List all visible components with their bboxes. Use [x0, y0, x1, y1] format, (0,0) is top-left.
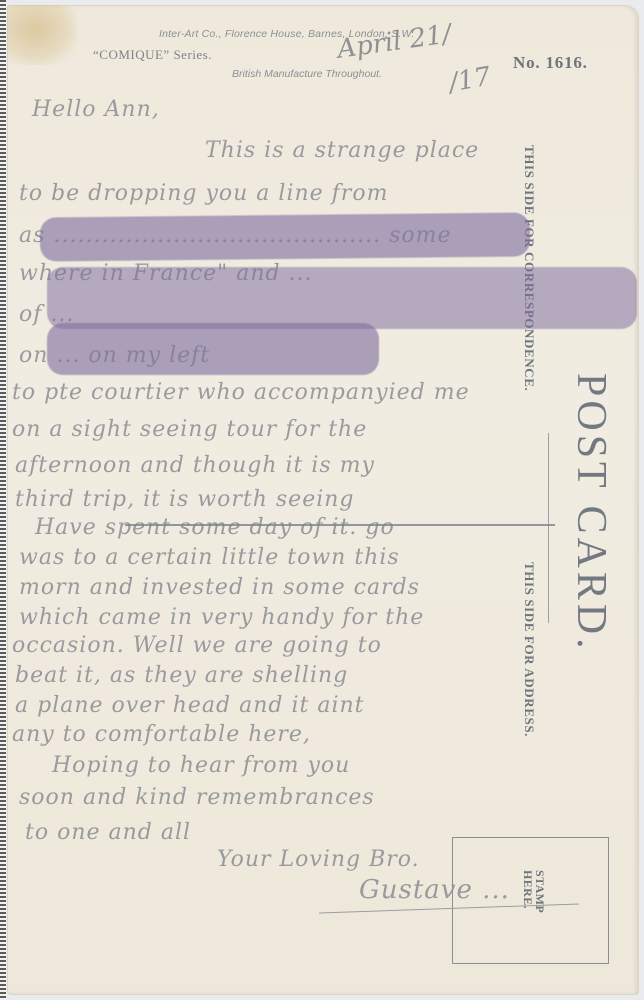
redaction-scribble — [47, 267, 637, 329]
message-line: to be dropping you a line from — [19, 181, 388, 206]
manufacture-line: British Manufacture Throughout. — [232, 68, 382, 80]
message-line: third trip, it is worth seeing — [15, 487, 355, 512]
message-line: beat it, as they are shelling — [15, 663, 348, 688]
message-line: Have spent some day of it. go — [35, 515, 395, 540]
handwritten-date: April 21/ — [335, 19, 453, 65]
post-card-title: POST CARD. — [567, 373, 615, 653]
message-line: Hoping to hear from you — [52, 753, 350, 778]
message-line: Hello Ann, — [32, 97, 160, 122]
signature: Gustave ... — [359, 875, 510, 905]
message-line: This is a strange place — [205, 138, 479, 163]
message-line: occasion. Well we are going to — [12, 633, 382, 658]
redaction-scribble — [40, 212, 530, 261]
message-line: which came in very handy for the — [19, 605, 424, 630]
message-line: to one and all — [25, 820, 191, 845]
message-line: soon and kind remembrances — [19, 785, 375, 810]
message-line: was to a certain little town this — [19, 545, 400, 570]
strikethrough-line — [125, 524, 555, 526]
message-line: afternoon and though it is my — [15, 453, 375, 478]
address-side-label: THIS SIDE FOR ADDRESS. — [521, 562, 537, 737]
scan-ruler-edge — [0, 0, 6, 1000]
stamp-label-line1: STAMP — [533, 870, 547, 913]
postcard-back: Inter-Art Co., Florence House, Barnes, L… — [7, 5, 639, 995]
closing-line: Your Loving Bro. — [217, 847, 420, 872]
age-stain — [7, 5, 77, 65]
handwritten-date-year: /17 — [447, 62, 493, 99]
card-number: No. 1616. — [513, 53, 588, 73]
redaction-scribble — [47, 323, 379, 375]
address-divider-line — [548, 433, 549, 623]
message-line: to pte courtier who accompanyied me — [12, 380, 470, 405]
message-line: any to comfortable here, — [12, 722, 311, 747]
message-line: a plane over head and it aint — [15, 693, 365, 718]
stamp-label-line2: HERE. — [521, 870, 535, 909]
message-line: morn and invested in some cards — [19, 575, 420, 600]
stamp-here-label: STAMP HERE. — [522, 870, 546, 913]
series-name: “COMIQUE” Series. — [93, 47, 212, 63]
message-line: on a sight seeing tour for the — [12, 417, 367, 442]
